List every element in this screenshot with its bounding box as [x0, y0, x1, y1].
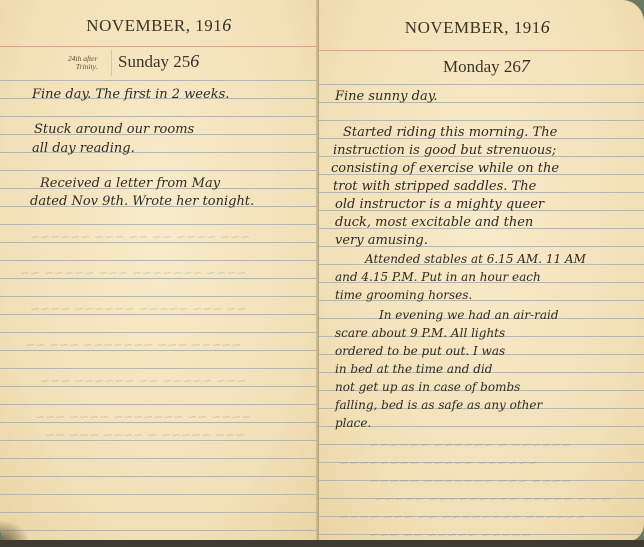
diary-entry-line: not get up as in case of bombs: [335, 378, 520, 396]
right-year-correction: 6: [541, 17, 551, 37]
right-red-rule: [319, 50, 644, 51]
bleed-through-text: ~~~~ ~~~~~~~ ~~~ ~~~~~ ~~: [20, 264, 246, 282]
left-month-header: NOVEMBER, 1916: [0, 15, 318, 36]
left-month-printed: NOVEMBER, 191: [86, 16, 222, 35]
diary-entry-line: very amusing.: [335, 232, 428, 250]
right-handwritten-day: 7: [521, 56, 530, 76]
left-page: NOVEMBER, 1916 24th after Trinity. Sunda…: [0, 0, 318, 542]
ruled-line: [319, 120, 644, 121]
diary-entry-line: falling, bed is as safe as any other: [335, 396, 542, 414]
diary-entry-line: instruction is good but strenuous;: [333, 142, 556, 160]
ruled-line: [0, 260, 318, 261]
bleed-through-text: ~~~ ~~~~~ ~ ~~~~ ~~~ ~~: [45, 426, 245, 444]
header-separator: [111, 50, 112, 76]
left-printed-day: 25: [173, 52, 190, 71]
bleed-through-text: ~~~~~~ ~~~~~ ~~~~~~~~: [339, 454, 538, 472]
bleed-through-text: ~~ ~~~ ~~~~~ ~~~~~~ ~~~~: [30, 300, 246, 318]
diary-entry-line: ordered to be put out. I was: [335, 342, 505, 360]
right-day-header: Monday 267: [443, 56, 530, 77]
right-printed-day: 26: [504, 57, 521, 76]
ruled-line: [0, 116, 318, 117]
diary-entry-line: trot with stripped saddles. The: [333, 178, 536, 196]
left-red-rule: [0, 46, 318, 47]
ruled-line: [0, 458, 318, 459]
bleed-through-text: ~~~~~~ ~~~~~~~~ ~~ ~~~ ~~~~: [339, 508, 586, 526]
ruled-line: [0, 332, 318, 333]
bleed-through-text: ~~~~ ~~~ ~~~~~~~ ~~~~~: [369, 472, 571, 490]
bleed-through-text: ~~~~ ~~ ~~~~~~~ ~~~~ ~~~: [35, 408, 251, 426]
liturgical-note-line2: Trinity.: [68, 63, 97, 71]
ruled-line: [0, 512, 318, 513]
ruled-line: [0, 404, 318, 405]
diary-entry-line: In evening we had an air-raid: [379, 306, 559, 324]
right-month-header: NOVEMBER, 1916: [319, 17, 640, 38]
left-handwritten-day: 6: [190, 51, 199, 71]
left-day-name: Sunday: [118, 52, 169, 71]
diary-entry-line: Started riding this morning. The: [343, 124, 557, 142]
diary-entry-line: scare about 9 P.M. All lights: [335, 324, 505, 342]
left-day-header: Sunday 256: [118, 51, 199, 72]
ruled-line: [0, 296, 318, 297]
bleed-through-text: ~~~~~~ ~ ~~~~~~ ~~~~~~: [369, 436, 571, 454]
diary-entry-line: dated Nov 9th. Wrote her tonight.: [30, 193, 254, 211]
ruled-line: [0, 530, 318, 531]
ruled-line: [0, 476, 318, 477]
ruled-line: [0, 170, 318, 171]
diary-entry-line: place.: [335, 414, 371, 432]
liturgical-note: 24th after Trinity.: [68, 55, 97, 71]
diary-entry-line: Attended stables at 6.15 AM. 11 AM: [365, 250, 586, 268]
diary-entry-line: and 4.15 P.M. Put in an hour each: [335, 268, 541, 286]
bleed-through-text: ~~~~~ ~~~ ~~~~~~~ ~~~ ~~: [25, 336, 241, 354]
bleed-through-text: ~~~ ~~~~~ ~~ ~~~~~~ ~~~: [40, 372, 246, 390]
bleed-through-text: ~~~ ~~~~ ~~ ~~ ~~~ ~~~~~~: [30, 228, 250, 246]
diary-entry-line: Fine sunny day.: [335, 88, 437, 106]
ruled-line: [0, 494, 318, 495]
diary-entry-line: in bed at the time and did: [335, 360, 492, 378]
right-month-printed: NOVEMBER, 191: [405, 18, 541, 37]
bleed-through-text: ~~ ~ ~~~~~ ~~~~~~~~~ ~~~~~: [374, 490, 610, 508]
diary-entry-line: old instructor is a mighty queer: [335, 196, 544, 214]
ruled-line: [0, 80, 318, 81]
ruled-line: [319, 84, 644, 85]
book-bottom-edge: [0, 540, 644, 547]
page-corner-shadow: [0, 520, 30, 542]
left-year-correction: 6: [222, 15, 232, 35]
diary-entry-line: Stuck around our rooms: [34, 121, 194, 139]
diary-entry-line: time grooming horses.: [335, 286, 472, 304]
diary-entry-line: Received a letter from May: [40, 175, 220, 193]
diary-entry-line: all day reading.: [32, 140, 135, 158]
ruled-line: [0, 224, 318, 225]
right-day-name: Monday: [443, 57, 500, 76]
right-page: NOVEMBER, 1916 Monday 267: [319, 0, 644, 542]
diary-entry-line: Fine day. The first in 2 weeks.: [32, 86, 229, 104]
diary-entry-line: consisting of exercise while on the: [331, 160, 559, 178]
diary-entry-line: duck, most excitable and then: [335, 214, 533, 232]
diary-spread: NOVEMBER, 1916 24th after Trinity. Sunda…: [0, 0, 644, 547]
ruled-line: [0, 368, 318, 369]
